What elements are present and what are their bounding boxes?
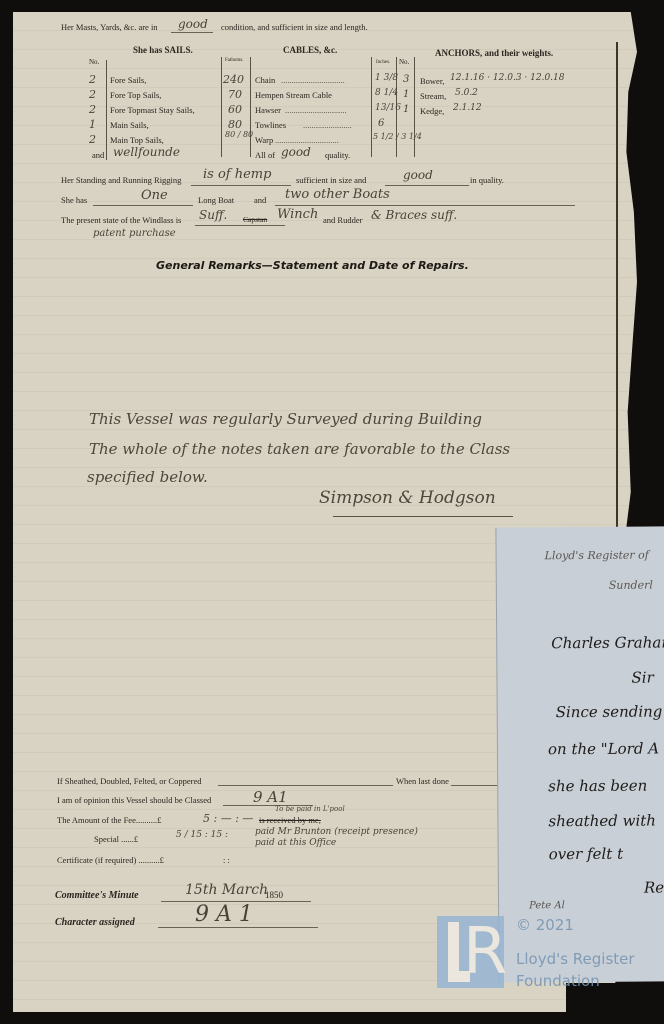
cable-name: Hawser bbox=[255, 105, 281, 115]
rigging-quality-underline bbox=[385, 185, 469, 186]
letter-line: on the "Lord A bbox=[548, 739, 659, 758]
cable-name: Chain bbox=[255, 75, 275, 85]
margin-rule bbox=[616, 42, 618, 542]
leader-dots: ............................. bbox=[285, 105, 347, 115]
sails-heading: She has SAILS. bbox=[133, 45, 193, 55]
divider bbox=[371, 57, 372, 157]
rigging-underline bbox=[191, 185, 291, 186]
cables-heading: CABLES, &c. bbox=[283, 45, 337, 55]
quality-value: good bbox=[281, 145, 311, 159]
sheathing-label: If Sheathed, Doubled, Felted, or Coppere… bbox=[57, 776, 201, 786]
masts-label: Her Masts, Yards, &c. are in bbox=[61, 22, 158, 32]
rigging-mid: sufficient in size and bbox=[296, 175, 366, 185]
leader-dots: .............................. bbox=[281, 75, 345, 85]
windlass-note: patent purchase bbox=[93, 228, 176, 239]
leader-dots: ....................... bbox=[303, 120, 352, 130]
cable-name: Warp bbox=[255, 135, 273, 145]
sail-name: Fore Topmast Stay Sails, bbox=[110, 105, 195, 115]
remarks-title: General Remarks—Statement and Date of Re… bbox=[156, 259, 469, 272]
lr-logo-icon: R bbox=[437, 916, 504, 988]
boats-underline bbox=[93, 205, 193, 206]
sail-name: Main Sails, bbox=[110, 120, 149, 130]
letter-signature: Pete Al bbox=[529, 900, 565, 911]
quality-prefix: All of bbox=[255, 150, 275, 160]
leader-dots: .............................. bbox=[275, 135, 339, 145]
letter-line: Charles Graham bbox=[551, 633, 664, 652]
cable-inches: 5 1/2 / 3 1/4 bbox=[373, 132, 422, 141]
classed-value: 9 A1 bbox=[253, 788, 288, 806]
character-value: 9 A 1 bbox=[195, 902, 253, 927]
masts-underline bbox=[171, 32, 213, 33]
boats-label: She has bbox=[61, 195, 87, 205]
letter-line: sheathed with bbox=[548, 811, 656, 830]
fee-label: The Amount of the Fee..........£ bbox=[57, 815, 161, 825]
rigging-label: Her Standing and Running Rigging bbox=[61, 175, 181, 185]
windlass-underline bbox=[195, 225, 285, 226]
remark-line: The whole of the notes taken are favorab… bbox=[89, 440, 510, 458]
quality-suffix: quality. bbox=[325, 150, 350, 160]
committee-label: Committee's Minute bbox=[55, 890, 139, 901]
cable-inches: 8 1/4 bbox=[375, 88, 398, 98]
sail-no: 1 bbox=[89, 118, 96, 131]
rudder-value: & Braces suff. bbox=[371, 208, 457, 222]
anchors-heading: ANCHORS, and their weights. bbox=[435, 48, 553, 58]
remark-line: specified below. bbox=[87, 468, 208, 486]
special-label: Special ......£ bbox=[94, 834, 138, 844]
certificate-value: : : bbox=[223, 855, 230, 865]
sail-name: Fore Top Sails, bbox=[110, 90, 161, 100]
anchor-weights: 12.1.16 · 12.0.3 · 12.0.18 bbox=[450, 73, 565, 83]
character-label: Character assigned bbox=[55, 917, 135, 928]
divider bbox=[250, 57, 251, 157]
sail-no: 2 bbox=[89, 73, 96, 86]
sail-name: Main Top Sails, bbox=[110, 135, 164, 145]
cable-fathoms: 70 bbox=[228, 88, 242, 101]
rigging-suffix: in quality. bbox=[470, 175, 504, 185]
windlass-label: The present state of the Windlass is bbox=[61, 215, 181, 225]
sail-no: 2 bbox=[89, 133, 96, 146]
watermark-org-line1: Lloyd's Register bbox=[516, 950, 635, 968]
long-boat-label: Long Boat bbox=[198, 195, 234, 205]
windlass-value: Suff. bbox=[199, 208, 227, 222]
letter-line: Re bbox=[644, 878, 664, 896]
special-note-2: paid at this Office bbox=[255, 838, 336, 848]
other-boats-value: two other Boats bbox=[285, 187, 390, 202]
fee-value: 5 : — : — bbox=[203, 812, 253, 825]
attached-letter: Lloyd's Register of Sunderl Charles Grah… bbox=[495, 526, 664, 982]
divider bbox=[106, 60, 107, 160]
long-boat-count: One bbox=[141, 188, 168, 203]
rigging-value: is of hemp bbox=[203, 167, 271, 182]
certificate-label: Certificate (if required) ..........£ bbox=[57, 855, 164, 865]
cable-fathoms: 240 bbox=[223, 73, 244, 86]
divider bbox=[414, 57, 415, 157]
anchor-name: Bower, bbox=[420, 76, 444, 86]
letter-line: she has been bbox=[548, 777, 647, 796]
cable-inches: 13/16 bbox=[375, 103, 401, 113]
cable-fathoms: 60 bbox=[228, 103, 242, 116]
cable-name: Hempen Stream Cable bbox=[255, 90, 332, 100]
cable-name: Towlines bbox=[255, 120, 286, 130]
sheathing-underline bbox=[218, 785, 393, 786]
letter-place: Sunderl bbox=[609, 579, 653, 592]
divider bbox=[221, 57, 222, 157]
letter-line: over felt t bbox=[549, 845, 623, 864]
anchor-name: Stream, bbox=[420, 91, 446, 101]
sail-name: Fore Sails, bbox=[110, 75, 146, 85]
sails-and-value: wellfounde bbox=[113, 145, 180, 159]
anchors-no-label: No. bbox=[399, 58, 409, 66]
cable-fathoms: 80 / 80 bbox=[225, 130, 253, 139]
masts-value: good bbox=[178, 17, 208, 31]
anchor-weights: 2.1.12 bbox=[453, 103, 482, 113]
letter-letterhead: Lloyd's Register of bbox=[545, 549, 649, 563]
character-underline bbox=[158, 927, 318, 928]
sail-no: 2 bbox=[89, 103, 96, 116]
rudder-label: and Rudder bbox=[323, 215, 362, 225]
watermark-copyright: © 2021 bbox=[516, 916, 574, 934]
fee-received-note: To be paid in L'pool bbox=[275, 805, 345, 813]
signature-underline bbox=[333, 516, 513, 517]
special-value: 5 / 15 : 15 : bbox=[176, 830, 228, 840]
committee-date: 15th March bbox=[185, 882, 268, 898]
cable-inches: 1 3/8 bbox=[375, 73, 398, 83]
classed-label: I am of opinion this Vessel should be Cl… bbox=[57, 795, 211, 805]
anchor-weights: 5.0.2 bbox=[455, 88, 478, 98]
committee-year: 1850 bbox=[265, 890, 283, 900]
rigging-quality: good bbox=[403, 168, 433, 182]
capstan-label: Capstan bbox=[243, 215, 267, 224]
fee-received: is received by me, bbox=[259, 815, 321, 825]
cable-inches: 6 bbox=[378, 118, 384, 129]
when-done-label: When last done bbox=[396, 776, 449, 786]
sails-no-label: No. bbox=[89, 58, 99, 66]
watermark-org-line2: Foundation bbox=[516, 972, 600, 990]
surveyor-signature: Simpson & Hodgson bbox=[319, 488, 496, 508]
sail-no: 2 bbox=[89, 88, 96, 101]
fathoms-label: Fathoms. bbox=[225, 58, 243, 63]
boats-and: and bbox=[254, 195, 266, 205]
anchor-no: 1 bbox=[403, 104, 409, 115]
winch-value: Winch bbox=[277, 207, 318, 222]
letter-line: Since sending bbox=[556, 702, 663, 721]
masts-suffix: condition, and sufficient in size and le… bbox=[221, 22, 368, 32]
remark-line: This Vessel was regularly Surveyed durin… bbox=[89, 410, 482, 428]
anchor-no: 3 bbox=[403, 74, 409, 85]
when-done-underline bbox=[451, 785, 501, 786]
other-boats-underline bbox=[275, 205, 575, 206]
special-note-1: paid Mr Brunton (receipt presence) bbox=[255, 827, 418, 837]
anchor-name: Kedge, bbox=[420, 106, 444, 116]
anchor-no: 1 bbox=[403, 89, 409, 100]
inches-label: Inches. bbox=[376, 60, 390, 65]
sails-and-label: and bbox=[92, 150, 104, 160]
letter-line: Sir bbox=[631, 669, 653, 687]
